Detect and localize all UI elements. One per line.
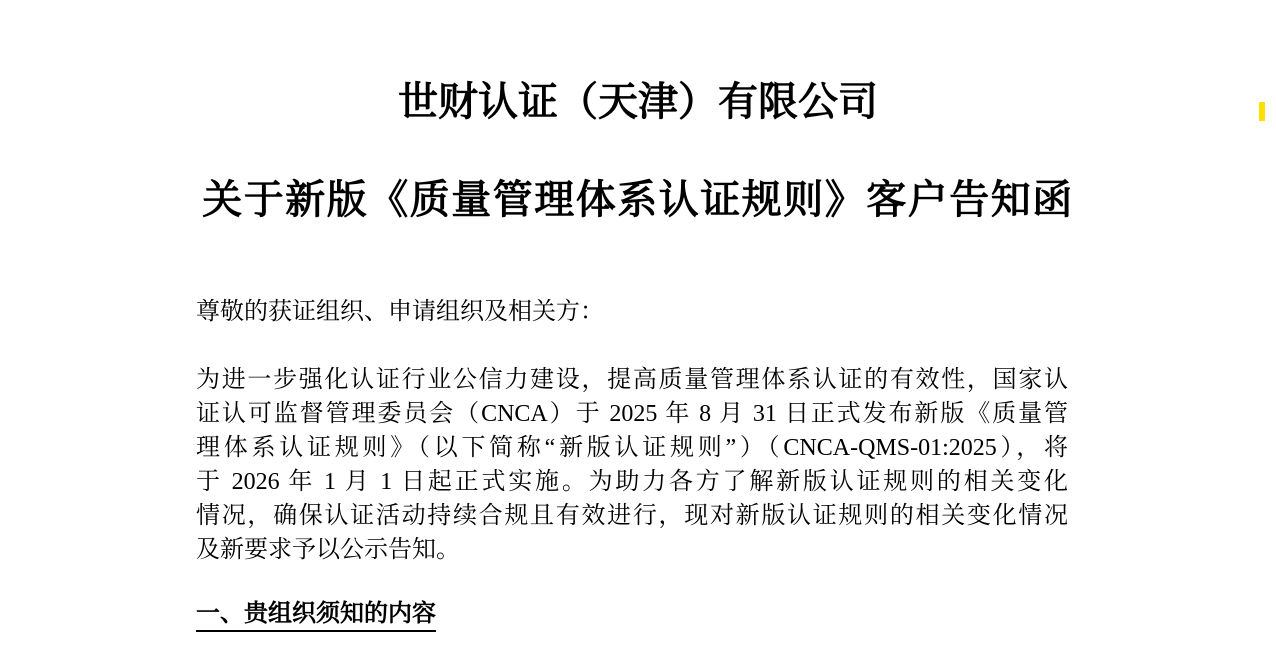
document-subtitle: 关于新版《质量管理体系认证规则》客户告知函 [0,177,1276,223]
yellow-highlight-marker [1259,102,1265,121]
paragraph-line: 证认可监督管理委员会（CNCA）于 2025 年 8 月 31 日正式发布新版《… [196,397,1068,431]
salutation-line: 尊敬的获证组织、申请组织及相关方： [196,297,604,327]
paragraph-line: 理体系认证规则》（以下简称“新版认证规则”）（CNCA-QMS-01:2025）… [196,431,1068,465]
document-page: 世财认证（天津）有限公司 关于新版《质量管理体系认证规则》客户告知函 尊敬的获证… [0,0,1276,659]
paragraph-line: 为进一步强化认证行业公信力建设，提高质量管理体系认证的有效性，国家认 [196,363,1068,397]
document-title: 世财认证（天津）有限公司 [0,80,1276,124]
paragraph-line: 及新要求予以公示告知。 [196,533,1068,567]
section-heading: 一、贵组织须知的内容 [196,600,436,632]
paragraph-line: 情况，确保认证活动持续合规且有效进行，现对新版认证规则的相关变化情况 [196,499,1068,533]
body-paragraph: 为进一步强化认证行业公信力建设，提高质量管理体系认证的有效性，国家认 证认可监督… [196,363,1068,567]
paragraph-line: 于 2026 年 1 月 1 日起正式实施。为助力各方了解新版认证规则的相关变化 [196,465,1068,499]
section-heading-text: 一、贵组织须知的内容 [196,600,436,632]
